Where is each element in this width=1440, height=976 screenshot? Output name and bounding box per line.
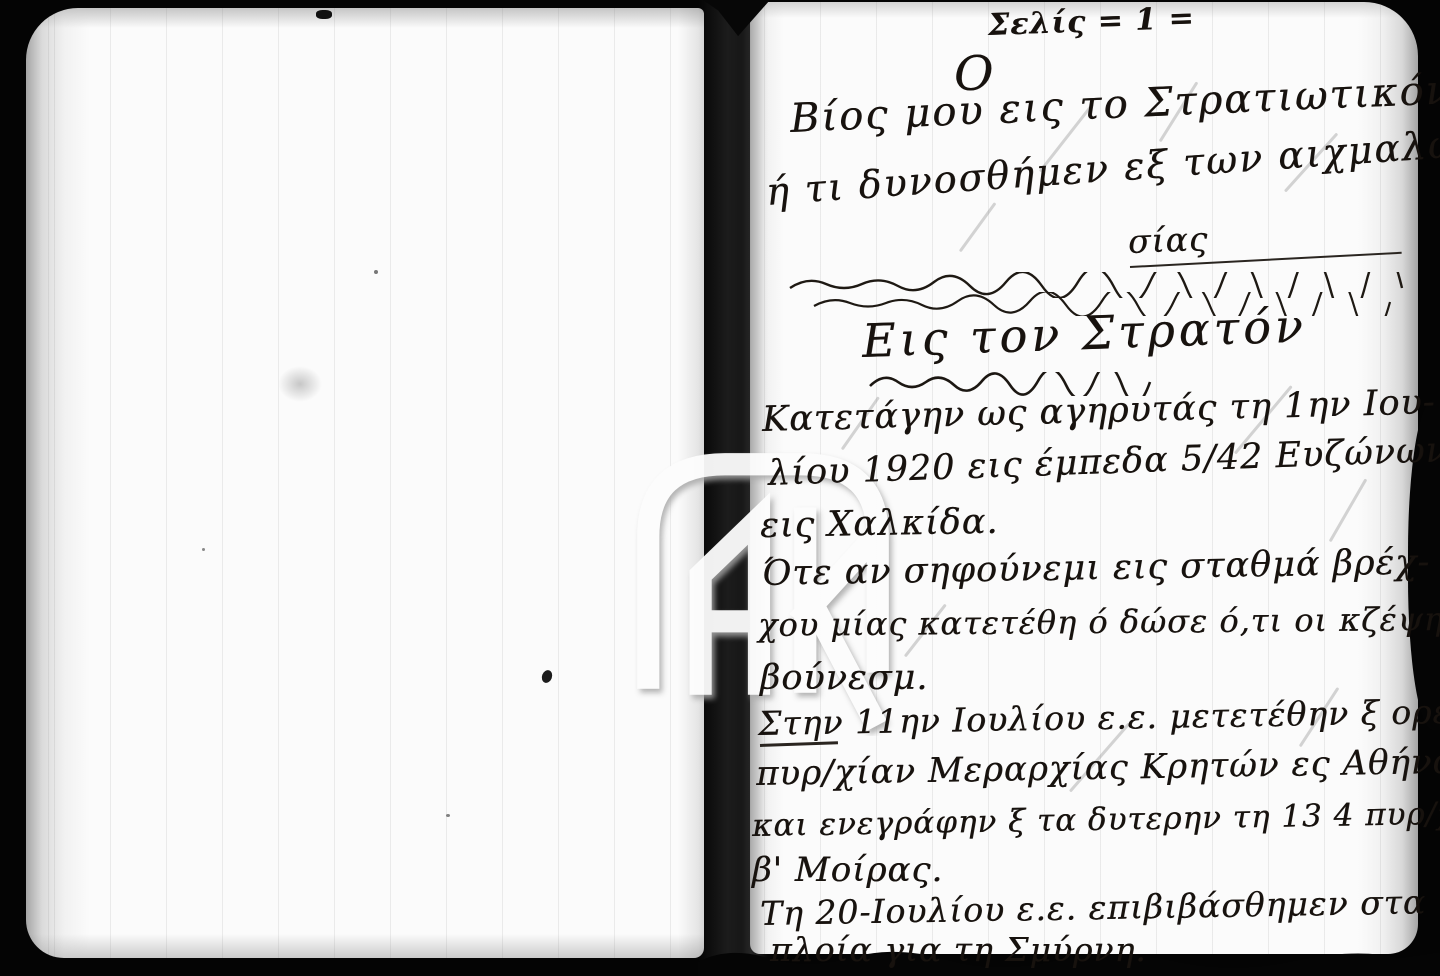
handwriting-line: χου μίας κατετέθη ό δώσε ό,τι οι κζέψηκτ… [758, 600, 1440, 644]
stain [446, 814, 450, 817]
stain [540, 669, 554, 685]
handwriting-line: εις Χαλκίδα. [760, 502, 999, 546]
title-line: σίας [1127, 219, 1209, 261]
notebook-scan: Σελίς = 1 = Ο Βίος μου εις το Στρατιωτικ… [0, 0, 1440, 976]
stain [374, 270, 378, 274]
handwriting-line: β' Μοίρας. [752, 850, 943, 890]
stain [278, 366, 322, 402]
page-number: Σελίς = 1 = [987, 1, 1195, 43]
stain [202, 548, 205, 551]
left-page [26, 8, 704, 958]
handwriting-line: πλοία για τη Σμύρνη. [770, 930, 1147, 969]
handwriting-line: βούνεσμ. [760, 658, 928, 698]
stain [316, 10, 332, 19]
